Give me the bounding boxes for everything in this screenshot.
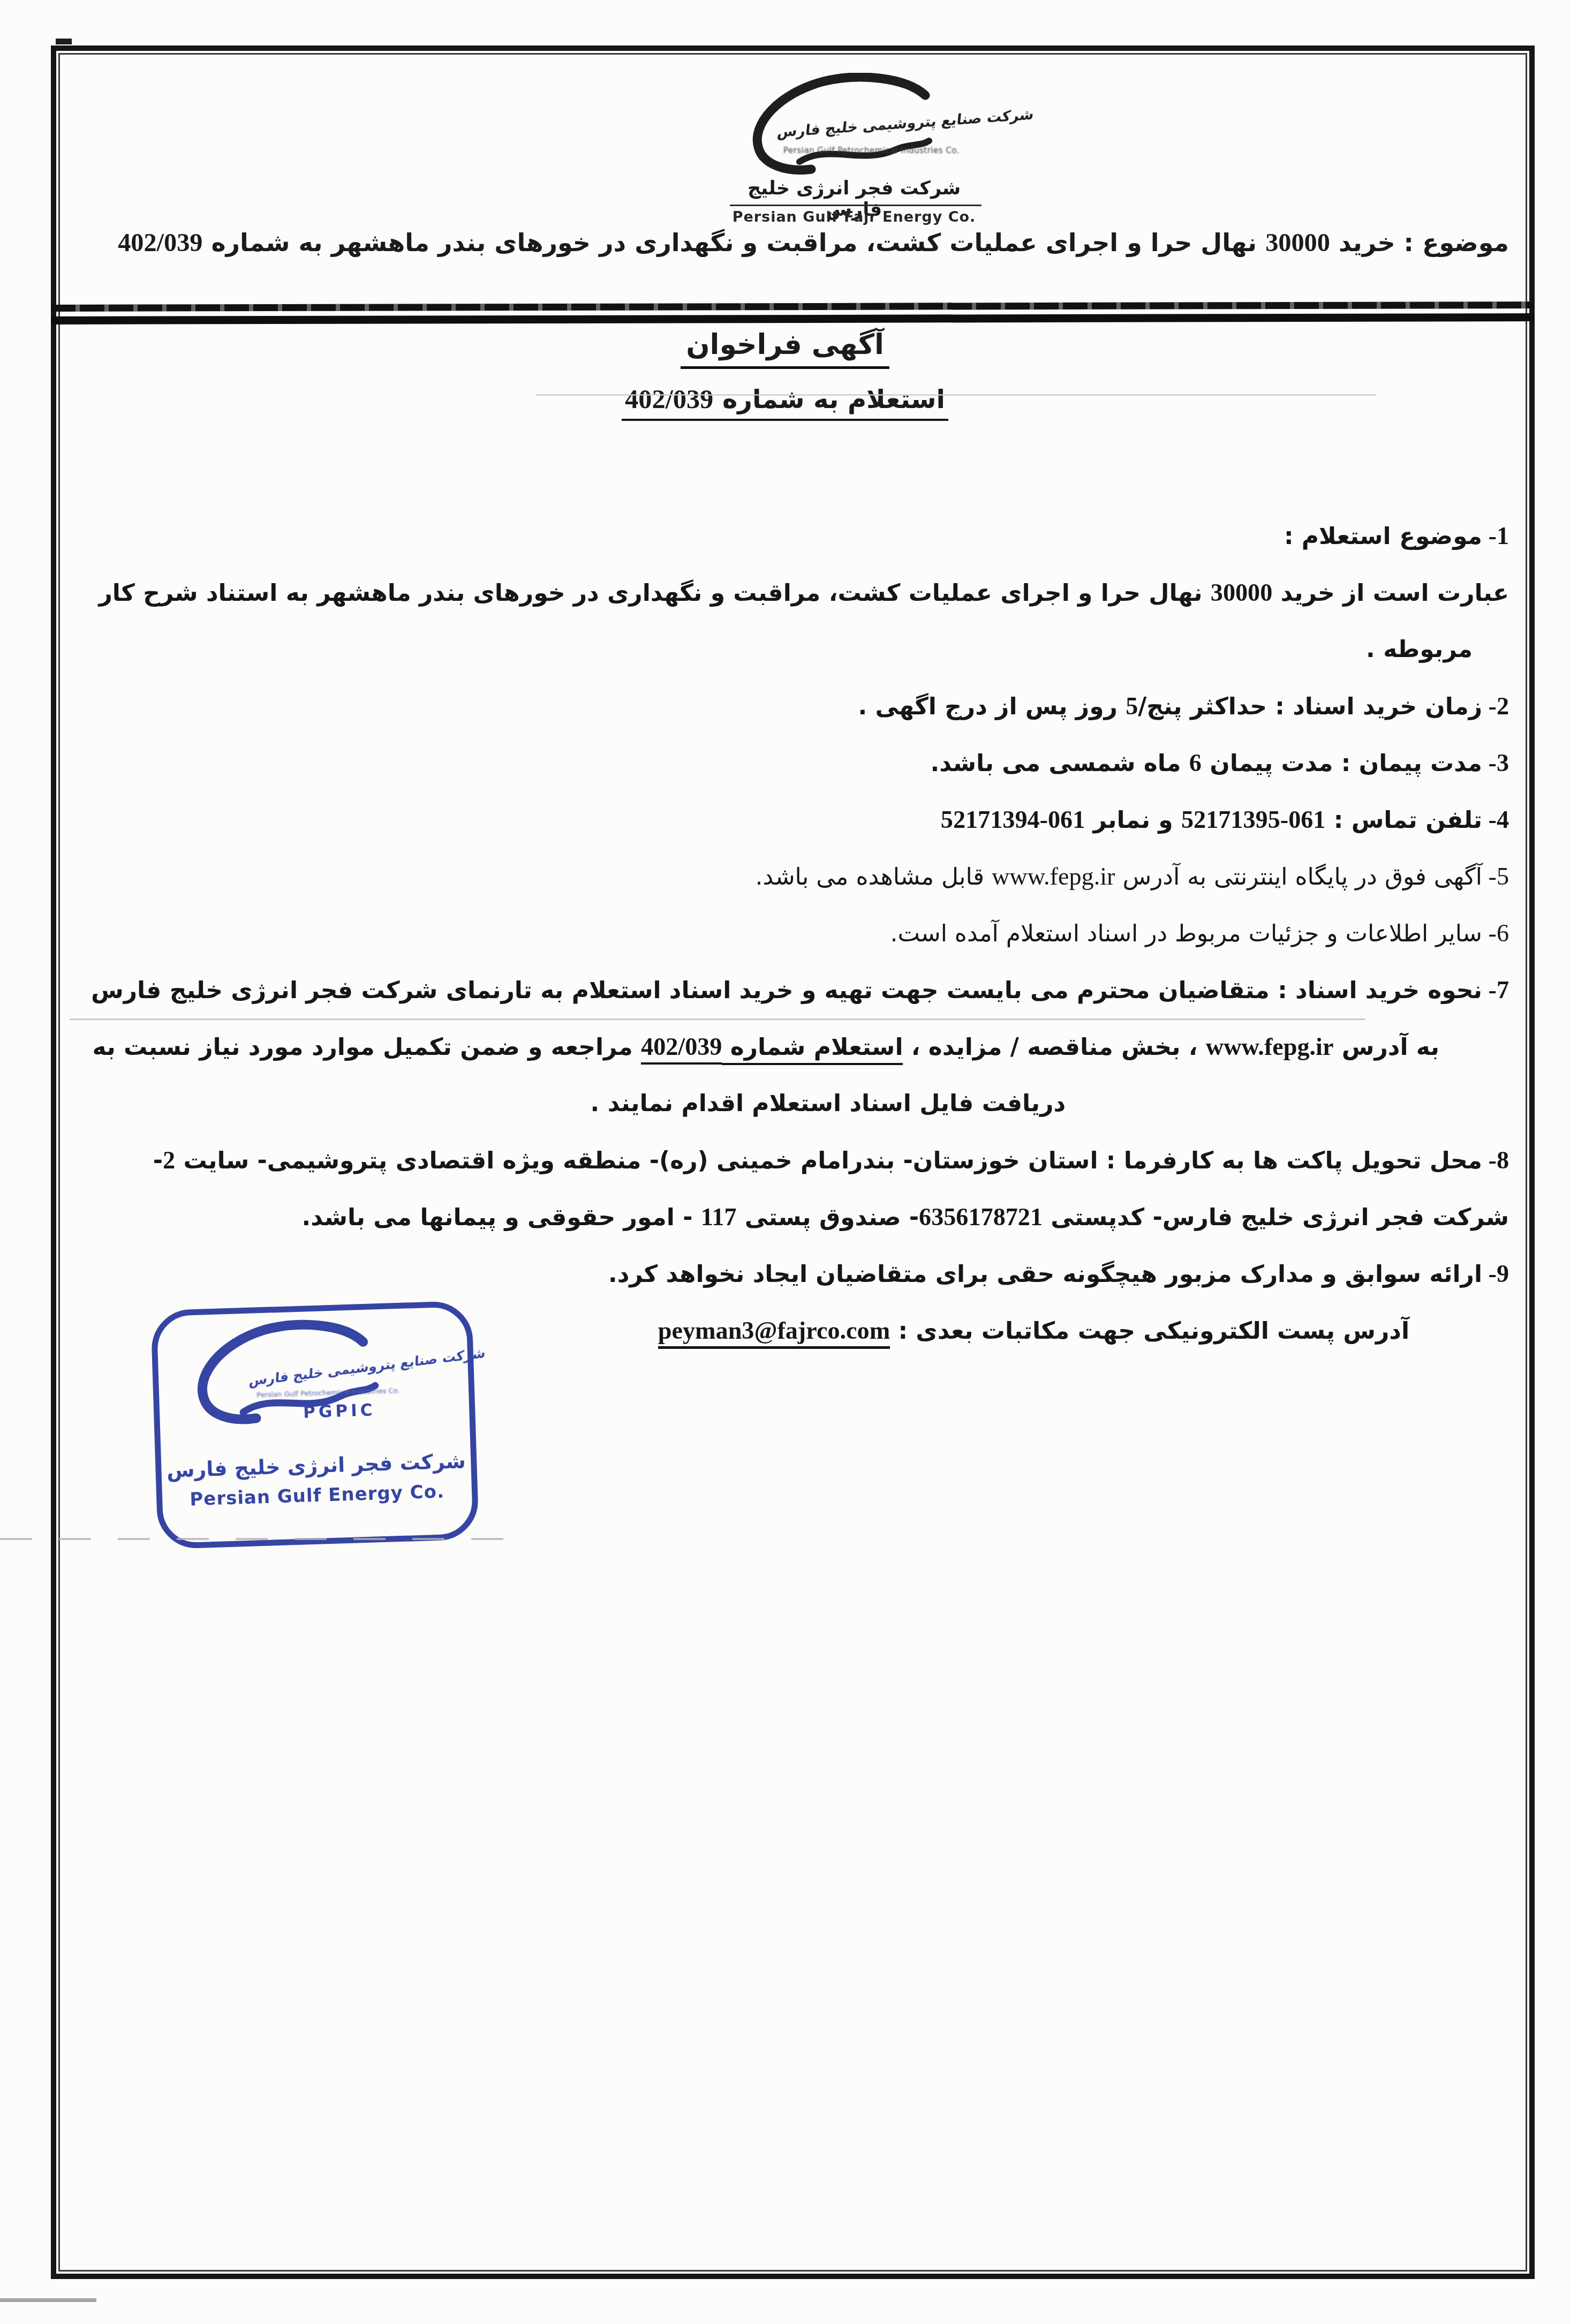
scanned-document-page: شرکت صنایع پتروشیمی خلیج فارس Persian Gu…: [0, 0, 1570, 2324]
text-part: زمان خرید اسناد : حداکثر پنج/: [1138, 693, 1482, 720]
text-part: به آدرس: [1333, 1033, 1439, 1061]
text-part: 5: [1126, 692, 1138, 720]
text-part: روز پس از درج اگهی .: [858, 693, 1126, 720]
text-part: تلفن تماس :: [1325, 806, 1482, 834]
text-part: 061-52171395: [1181, 806, 1325, 833]
text-part: 30000: [1265, 229, 1330, 257]
doc-line-item-7c: دریافت فایل اسناد استعلام اقدام نمایند .: [67, 1075, 1531, 1132]
text-part: 402/039: [118, 229, 202, 257]
company-stamp: شرکت صنایع پتروشیمی خلیج فارس Persian Gu…: [150, 1301, 479, 1550]
text-part: آدرس پست الکترونیکی جهت مکاتبات بعدی :: [890, 1317, 1409, 1345]
text-part: 7-: [1482, 976, 1509, 1003]
text-part: شرکت فجر انرژی خلیج فارس- کدپستی: [1043, 1204, 1509, 1231]
content-lines: 1- موضوع استعلام :عبارت است از خرید 3000…: [67, 508, 1531, 1359]
text-part: استعلام به شماره: [713, 384, 945, 414]
scan-artifact: [0, 2298, 96, 2302]
text-part: نهال حرا و اجرای عملیات کشت، مراقبت و نگ…: [202, 228, 1265, 257]
text-part: 6-: [1482, 919, 1509, 947]
doc-line-para-1: عبارت است از خرید 30000 نهال حرا و اجرای…: [67, 564, 1531, 621]
doc-line-item-1: 1- موضوع استعلام :: [67, 508, 1531, 564]
doc-line-item-5: 5- آگهی فوق در پایگاه اینترنتی به آدرس w…: [67, 848, 1531, 905]
page-subtitle: استعلام به شماره 402/039: [0, 383, 1570, 414]
text-part: دریافت فایل اسناد استعلام اقدام نمایند .: [591, 1090, 1066, 1117]
text-part: 3-: [1482, 749, 1509, 776]
text-part: ماه شمسی می باشد.: [931, 750, 1189, 777]
text-part: 2-: [1482, 692, 1509, 720]
scan-artifact: [56, 39, 72, 44]
page-subtitle-text: استعلام به شماره 402/039: [622, 384, 948, 421]
text-part: 30000: [1211, 579, 1272, 606]
text-part: 061-52171394: [941, 806, 1085, 833]
doc-line-item-4: 4- تلفن تماس : 061-52171395 و نمابر 061-…: [67, 791, 1531, 848]
page-title: آگهی فراخوان: [0, 329, 1570, 361]
text-part: سایر اطلاعات و جزئیات مربوط در اسناد است…: [890, 920, 1482, 947]
text-part: 6356178721: [919, 1203, 1043, 1231]
text-part: مربوطه .: [1366, 636, 1473, 663]
logo-divider: [730, 205, 982, 206]
text-part: قابل مشاهده می باشد.: [756, 863, 992, 891]
text-part: موضوع استعلام :: [1284, 523, 1482, 550]
text-part: 2: [163, 1146, 175, 1174]
text-part: 4-: [1482, 806, 1509, 833]
stamp-company-name-fa: شرکت فجر انرژی خلیج فارس: [161, 1449, 471, 1482]
text-part: نهال حرا و اجرای عملیات کشت، مراقبت و نگ…: [99, 579, 1211, 607]
doc-line-item-9: 9- ارائه سوابق و مدارک مزبور هیچگونه حقی…: [67, 1246, 1531, 1302]
text-part: peyman3@fajrco.com: [658, 1317, 890, 1349]
doc-line-item-7b: به آدرس www.fepg.ir ، بخش مناقصه / مزاید…: [67, 1018, 1531, 1075]
text-part: 6: [1189, 749, 1202, 776]
text-part: و نمابر: [1085, 806, 1181, 834]
text-part: ، بخش مناقصه / مزایده ،: [903, 1033, 1205, 1061]
text-part: موضوع : خرید: [1330, 228, 1509, 257]
text-part: - صندوق پستی: [736, 1204, 919, 1231]
text-part: - امور حقوقی و پیمانها می باشد.: [302, 1204, 701, 1231]
text-part: استعلام شماره: [722, 1033, 903, 1065]
doc-line-item-2: 2- زمان خرید اسناد : حداکثر پنج/5 روز پس…: [67, 678, 1531, 735]
text-part: 402/039: [625, 384, 713, 414]
page-title-text: آگهی فراخوان: [681, 329, 889, 369]
doc-line-item-6: 6- سایر اطلاعات و جزئیات مربوط در اسناد …: [67, 905, 1531, 962]
subject-line: موضوع : خرید 30000 نهال حرا و اجرای عملی…: [64, 213, 1531, 272]
doc-line-item-8b: شرکت فجر انرژی خلیج فارس- کدپستی 6356178…: [67, 1189, 1531, 1246]
doc-line-item-8a: 8- محل تحویل پاکت ها به کارفرما : استان …: [67, 1132, 1531, 1189]
text-part: 8-: [1482, 1146, 1509, 1174]
stamp-company-name-en: Persian Gulf Energy Co.: [162, 1480, 472, 1511]
text-part: 9-: [1482, 1260, 1509, 1287]
text-part: عبارت است از خرید: [1272, 579, 1509, 607]
text-part: -: [153, 1147, 163, 1174]
company-logo: شرکت صنایع پتروشیمی خلیج فارس Persian Gu…: [726, 73, 983, 225]
text-part: مراجعه و ضمن تکمیل موارد مورد نیاز نسبت …: [93, 1033, 641, 1061]
logo-latin-caption: Persian Gulf Petrochemical Industries Co…: [783, 146, 960, 155]
text-part: ارائه سوابق و مدارک مزبور هیچگونه حقی بر…: [608, 1261, 1482, 1288]
text-part: 402/039: [641, 1033, 722, 1065]
text-part: www.fepg.ir: [992, 863, 1115, 890]
text-part: محل تحویل پاکت ها به کارفرما : استان خوز…: [175, 1147, 1482, 1174]
doc-line-item-3: 3- مدت پیمان : مدت پیمان 6 ماه شمسی می ب…: [67, 735, 1531, 791]
double-rule-divider: [51, 301, 1535, 325]
text-part: www.fepg.ir: [1206, 1033, 1334, 1060]
text-part: نحوه خرید اسناد : متقاضیان محترم می بایس…: [91, 977, 1482, 1004]
text-part: آگهی فوق در پایگاه اینترنتی به آدرس: [1115, 863, 1482, 891]
stamp-abbreviation: PGPIC: [303, 1400, 376, 1422]
text-part: 117: [701, 1203, 737, 1231]
text-part: مدت پیمان : مدت پیمان: [1202, 750, 1482, 777]
doc-line-para-2: مربوطه .: [67, 621, 1531, 678]
text-part: 5-: [1482, 863, 1509, 890]
doc-line-item-7a: 7- نحوه خرید اسناد : متقاضیان محترم می ب…: [67, 962, 1531, 1018]
text-part: 1-: [1482, 522, 1509, 549]
